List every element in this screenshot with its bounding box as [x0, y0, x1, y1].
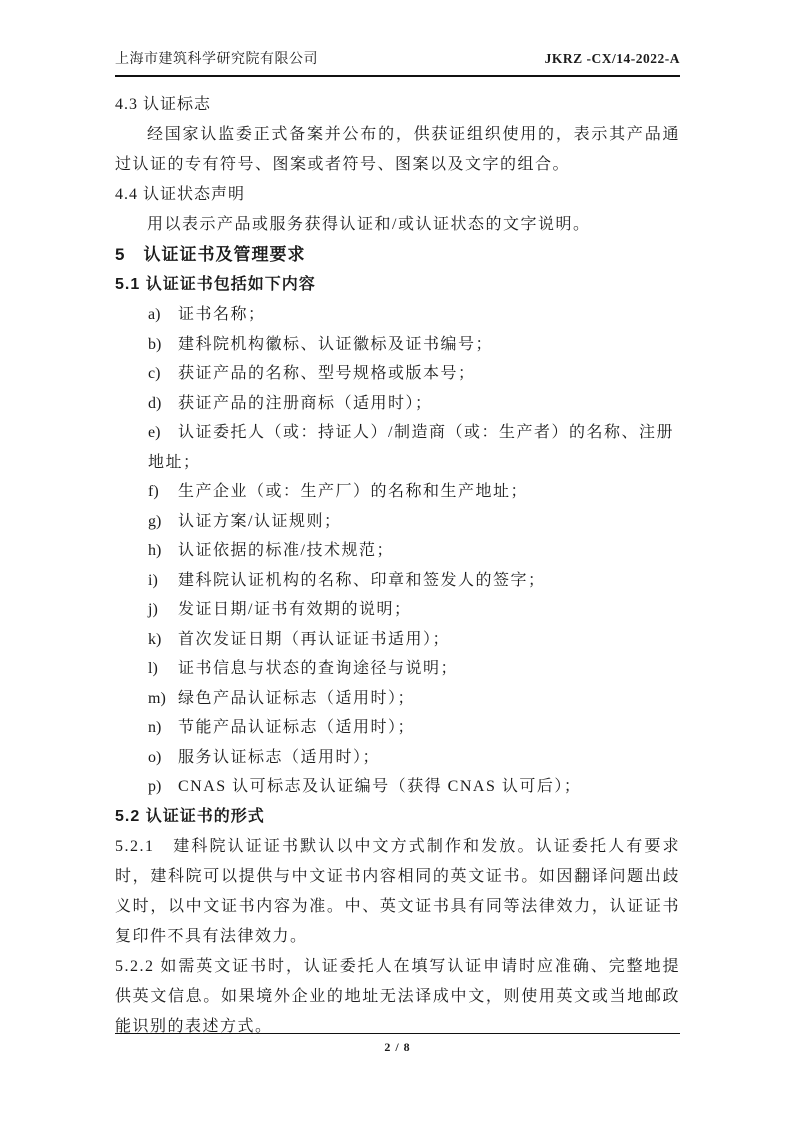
list-marker: k) — [148, 625, 178, 655]
list-marker: o) — [148, 743, 178, 773]
paragraph-4-3: 经国家认监委正式备案并公布的，供获证组织使用的，表示其产品通过认证的专有符号、图… — [115, 120, 680, 180]
list-text: 绿色产品认证标志（适用时）； — [178, 690, 415, 707]
list-item-j: j)发证日期/证书有效期的说明； — [148, 595, 680, 625]
list-marker: n) — [148, 713, 178, 743]
page-footer: 2 / 8 — [115, 1033, 680, 1056]
list-marker: m) — [148, 684, 178, 714]
document-page: 上海市建筑科学研究院有限公司 JKRZ -CX/14-2022-A 4.3 认证… — [0, 0, 794, 1123]
list-text: CNAS 认可标志及认证编号（获得 CNAS 认可后）； — [178, 778, 581, 795]
list-text: 生产企业（或：生产厂）的名称和生产地址； — [178, 483, 528, 500]
list-text: 证书名称； — [178, 306, 266, 323]
list-item-h: h)认证依据的标准/技术规范； — [148, 536, 680, 566]
heading-5-2: 5.2 认证证书的形式 — [115, 802, 680, 832]
paragraph-4-4: 用以表示产品或服务获得认证和/或认证状态的文字说明。 — [115, 210, 680, 240]
list-item-g: g)认证方案/认证规则； — [148, 507, 680, 537]
list-marker: p) — [148, 772, 178, 802]
list-text: 首次发证日期（再认证证书适用）； — [178, 631, 450, 648]
page-number: 2 / 8 — [384, 1040, 410, 1054]
document-body: 4.3 认证标志 经国家认监委正式备案并公布的，供获证组织使用的，表示其产品通过… — [115, 90, 680, 1042]
list-marker: c) — [148, 359, 178, 389]
list-item-m: m)绿色产品认证标志（适用时）； — [148, 684, 680, 714]
list-item-c: c)获证产品的名称、型号规格或版本号； — [148, 359, 680, 389]
list-marker: e) — [148, 418, 178, 448]
list-item-i: i)建科院认证机构的名称、印章和签发人的签字； — [148, 566, 680, 596]
heading-5-1: 5.1 认证证书包括如下内容 — [115, 270, 680, 300]
list-marker: a) — [148, 300, 178, 330]
list-item-k: k)首次发证日期（再认证证书适用）； — [148, 625, 680, 655]
page-header: 上海市建筑科学研究院有限公司 JKRZ -CX/14-2022-A — [115, 48, 680, 77]
header-doc-code: JKRZ -CX/14-2022-A — [545, 51, 680, 67]
list-marker: h) — [148, 536, 178, 566]
header-company-name: 上海市建筑科学研究院有限公司 — [115, 48, 318, 68]
list-item-p: p)CNAS 认可标志及认证编号（获得 CNAS 认可后）； — [148, 772, 680, 802]
paragraph-5-2-2: 5.2.2 如需英文证书时，认证委托人在填写认证申请时应准确、完整地提供英文信息… — [115, 952, 680, 1042]
certificate-content-list: a)证书名称； b)建科院机构徽标、认证徽标及证书编号； c)获证产品的名称、型… — [115, 300, 680, 802]
list-marker: j) — [148, 595, 178, 625]
list-text: 认证委托人（或：持证人）/制造商（或：生产者）的名称、注册地址； — [148, 424, 674, 471]
list-marker: b) — [148, 330, 178, 360]
list-marker: i) — [148, 566, 178, 596]
list-item-f: f)生产企业（或：生产厂）的名称和生产地址； — [148, 477, 680, 507]
list-marker: d) — [148, 389, 178, 419]
list-marker: g) — [148, 507, 178, 537]
list-text: 建科院认证机构的名称、印章和签发人的签字； — [178, 572, 546, 589]
list-text: 服务认证标志（适用时）； — [178, 749, 380, 766]
paragraph-5-2-1: 5.2.1 建科院认证证书默认以中文方式制作和发放。认证委托人有要求时，建科院可… — [115, 832, 680, 952]
list-text: 发证日期/证书有效期的说明； — [178, 601, 411, 618]
list-item-a: a)证书名称； — [148, 300, 680, 330]
list-item-n: n)节能产品认证标志（适用时）； — [148, 713, 680, 743]
list-item-e: e)认证委托人（或：持证人）/制造商（或：生产者）的名称、注册地址； — [148, 418, 680, 477]
list-marker: l) — [148, 654, 178, 684]
heading-4-4: 4.4 认证状态声明 — [115, 180, 680, 210]
list-text: 获证产品的名称、型号规格或版本号； — [178, 365, 476, 382]
list-item-l: l)证书信息与状态的查询途径与说明； — [148, 654, 680, 684]
list-text: 认证方案/认证规则； — [178, 513, 341, 530]
list-text: 获证产品的注册商标（适用时）； — [178, 395, 433, 412]
list-marker: f) — [148, 477, 178, 507]
list-item-b: b)建科院机构徽标、认证徽标及证书编号； — [148, 330, 680, 360]
list-text: 建科院机构徽标、认证徽标及证书编号； — [178, 336, 493, 353]
list-text: 证书信息与状态的查询途径与说明； — [178, 660, 458, 677]
heading-5: 5 认证证书及管理要求 — [115, 240, 680, 270]
list-item-d: d)获证产品的注册商标（适用时）； — [148, 389, 680, 419]
list-item-o: o)服务认证标志（适用时）； — [148, 743, 680, 773]
list-text: 认证依据的标准/技术规范； — [178, 542, 394, 559]
heading-4-3: 4.3 认证标志 — [115, 90, 680, 120]
list-text: 节能产品认证标志（适用时）； — [178, 719, 415, 736]
